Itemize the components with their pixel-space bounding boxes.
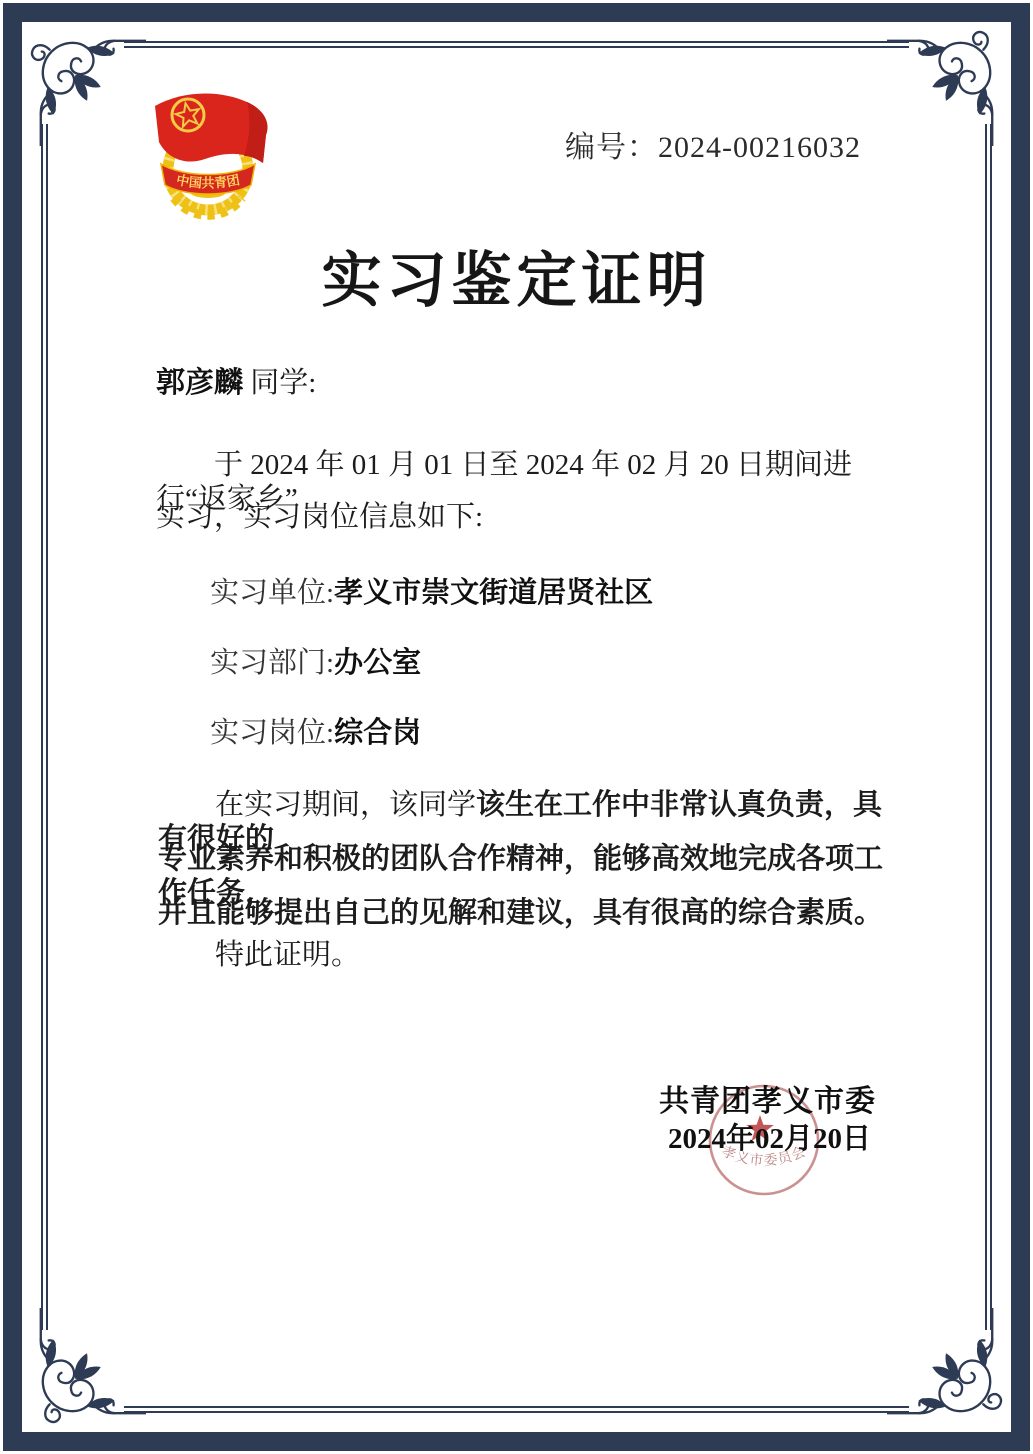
signing-date: 2024年02月20日 <box>668 1122 871 1156</box>
student-name: 郭彦麟 <box>156 367 243 399</box>
field-internship-unit: 实习单位:孝义市崇文街道居贤社区 <box>210 576 653 610</box>
field-value: 办公室 <box>334 647 421 679</box>
evaluation-regular-text: 在实习期间，该同学 <box>215 789 476 821</box>
salutation-line: 郭彦麟 同学: <box>156 366 316 400</box>
field-internship-post: 实习岗位:综合岗 <box>210 716 421 750</box>
salutation-suffix: 同学: <box>243 367 316 399</box>
field-label: 实习岗位: <box>210 717 334 749</box>
corner-flourish-icon <box>887 28 1005 146</box>
closing-statement: 特此证明。 <box>158 938 360 972</box>
field-internship-department: 实习部门:办公室 <box>210 646 421 680</box>
svg-text:中国共青团: 中国共青团 <box>175 172 241 190</box>
field-label: 实习部门: <box>210 647 334 679</box>
signing-organization: 共青团孝义市委 <box>659 1084 876 1119</box>
evaluation-line-3: 并且能够提出自己的见解和建议，具有很高的综合素质。 <box>158 896 895 930</box>
field-label: 实习单位: <box>210 577 334 609</box>
certificate-title: 实习鉴定证明 <box>0 246 1033 317</box>
field-value: 综合岗 <box>334 717 421 749</box>
certificate-page: 中国共青团 编号：2024-00216032 实习鉴定证明 郭彦麟 同学: 于 … <box>0 0 1033 1454</box>
corner-flourish-icon <box>887 1308 1005 1426</box>
corner-flourish-icon <box>28 1308 146 1426</box>
intro-line-2: 实习，实习岗位信息如下: <box>156 500 893 534</box>
serial-number: 编号：2024-00216032 <box>565 130 861 165</box>
emblem-banner-text: 中国共青团 <box>175 172 241 190</box>
corner-flourish-icon <box>28 28 146 146</box>
field-value: 孝义市崇文街道居贤社区 <box>334 577 653 609</box>
youth-league-emblem-icon: 中国共青团 <box>143 88 285 226</box>
